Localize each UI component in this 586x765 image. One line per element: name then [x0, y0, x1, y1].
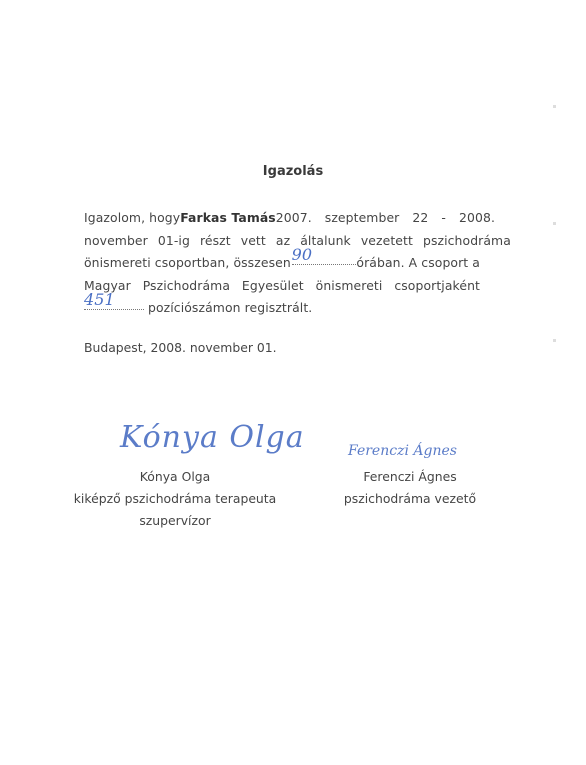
text: pozíciószámon regisztrált. — [148, 297, 312, 320]
body-line-2: november 01-ig részt vett az általunk ve… — [84, 230, 480, 253]
place-date: Budapest, 2008. november 01. — [84, 340, 277, 355]
hours-field: 90 — [292, 252, 356, 265]
signatory-role: kiképző pszichodráma terapeuta — [60, 488, 290, 510]
scan-mark — [553, 222, 556, 225]
participant-name: Farkas Tamás — [180, 207, 276, 230]
position-number-field: 451 — [84, 297, 144, 310]
signatory-name: Ferenczi Ágnes — [320, 466, 500, 488]
position-number-handwritten: 451 — [84, 289, 144, 312]
scan-mark — [553, 105, 556, 108]
signature-ferenczi-agnes: Ferenczi Ágnes — [348, 443, 457, 459]
document-title: Igazolás — [0, 164, 586, 179]
signatory-right: Ferenczi Ágnes pszichodráma vezető — [320, 466, 500, 510]
scan-mark — [553, 339, 556, 342]
body-line-3: önismereti csoportban, összesen 90 órába… — [84, 252, 480, 275]
certificate-body: Igazolom, hogy Farkas Tamás 2007. szepte… — [84, 207, 480, 320]
body-line-5: 451 pozíciószámon regisztrált. — [84, 297, 480, 320]
signatory-name: Kónya Olga — [60, 466, 290, 488]
text: önismereti csoportban, összesen — [84, 252, 291, 275]
text: Igazolom, hogy — [84, 207, 180, 230]
text: november 01-ig részt vett az általunk ve… — [84, 230, 480, 253]
body-line-1: Igazolom, hogy Farkas Tamás 2007. szepte… — [84, 207, 480, 230]
hours-handwritten: 90 — [292, 244, 356, 267]
signature-konya-olga: Kónya Olga — [120, 420, 305, 455]
date-range-start: 2007. szeptember 22 - 2008. — [276, 207, 495, 230]
signatory-left: Kónya Olga kiképző pszichodráma terapeut… — [60, 466, 290, 532]
signatory-role: pszichodráma vezető — [320, 488, 500, 510]
signatory-role-2: szupervízor — [60, 510, 290, 532]
text: órában. A csoport a — [356, 252, 480, 275]
